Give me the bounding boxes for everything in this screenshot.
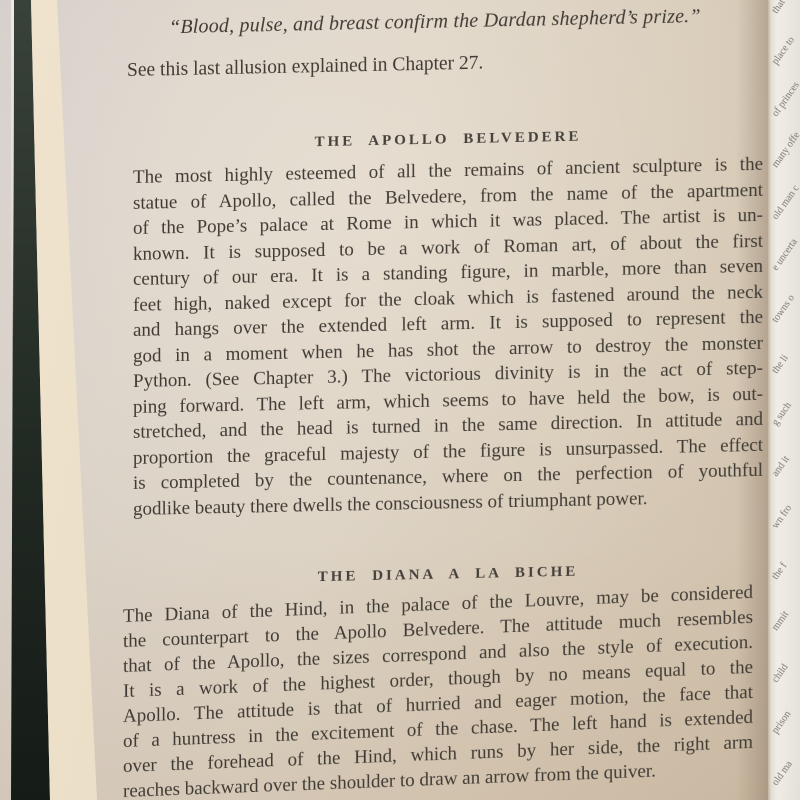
cover-highlight: [11, 0, 14, 340]
fore-edge-text-fragment: of princes: [771, 93, 794, 119]
fore-edge-text-fragment: e uncerta: [771, 247, 794, 273]
allusion-note: See this last allusion explained in Chap…: [127, 45, 763, 84]
epigraph-quote: “Blood, pulse, and breast confirm the Da…: [133, 2, 763, 41]
fore-edge-text-fragment: prison: [771, 710, 794, 736]
paragraph-apollo: The most highly esteemed of all the rema…: [133, 152, 763, 522]
fore-edge-text-fragment: and it: [771, 453, 794, 479]
facing-page-fore-edge: that heplace toof princesmany offeold ma…: [768, 0, 800, 800]
fore-edge-text-fragment: towns o: [771, 298, 794, 324]
book-photo: “Blood, pulse, and breast confirm the Da…: [0, 0, 800, 800]
fore-edge-text-fragment: many offe: [771, 144, 794, 170]
fore-edge-text-fragment: old ma: [771, 761, 794, 787]
fore-edge-text-fragment: place to: [771, 41, 794, 67]
fore-edge-text-fragment: child: [771, 659, 794, 685]
fore-edge-text-fragment: the li: [771, 350, 794, 376]
fore-edge-text-fragment: wn fro: [771, 504, 794, 530]
fore-edge-text-fragment: that he: [771, 0, 794, 16]
fore-edge-text-fragment: mmit: [771, 607, 794, 633]
section-heading-apollo: THE APOLLO BELVEDERE: [133, 124, 763, 156]
fore-edge-text-fragment: g such: [771, 401, 794, 427]
fore-edge-text-fragment: the f: [771, 556, 794, 582]
paragraph-diana: The Diana of the Hind, in the palace of …: [123, 580, 753, 800]
fore-edge-text-fragment: old man c: [771, 195, 794, 221]
printed-text-block: “Blood, pulse, and breast confirm the Da…: [133, 0, 763, 798]
